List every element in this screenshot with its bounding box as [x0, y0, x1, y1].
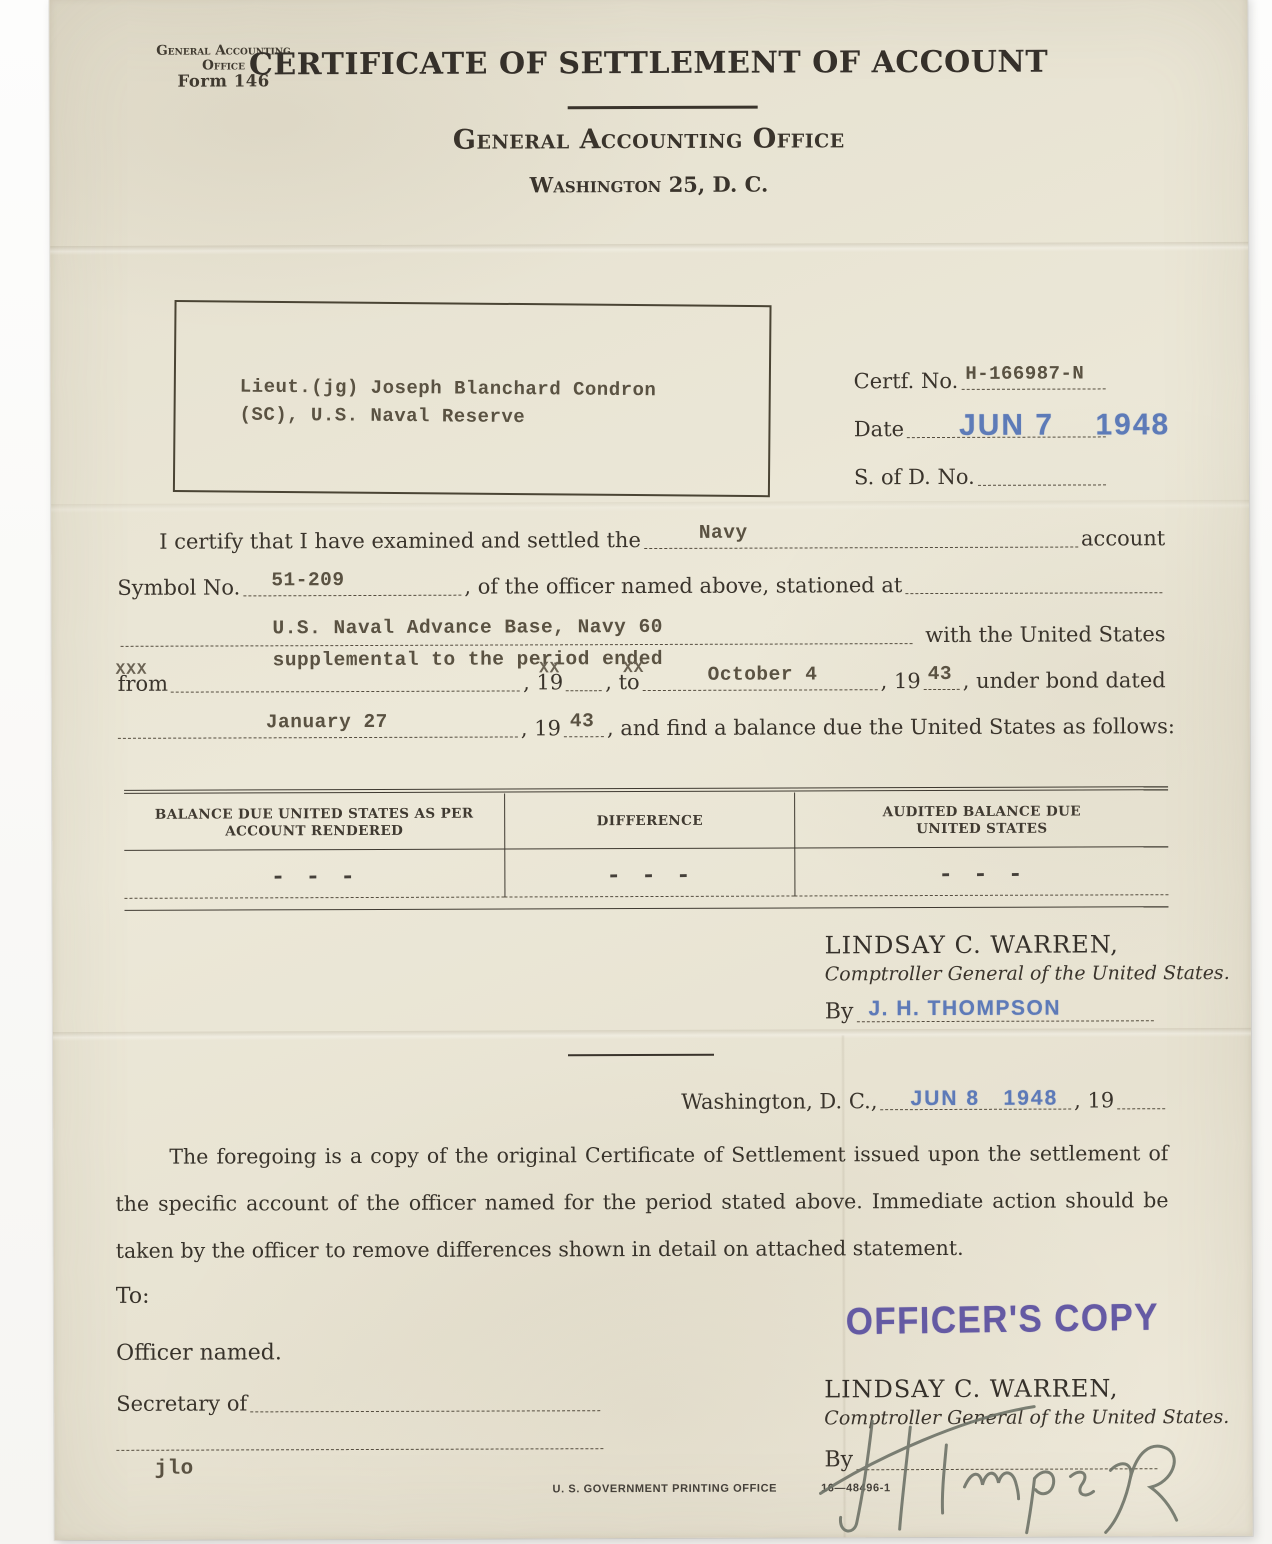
account-type-line: Navy [644, 545, 1078, 550]
with-us-clause: with the United States [925, 620, 1165, 649]
certify-line-2: Symbol No. 51-209 , of the officer named… [117, 570, 1165, 602]
year-a-line [566, 689, 602, 692]
from-strikeout: XXX [116, 660, 148, 682]
comptroller-title: Comptroller General of the United States… [825, 962, 1230, 985]
col-audited-balance: AUDITED BALANCE DUE UNITED STATES [794, 791, 1168, 847]
from-word: from XXX [118, 670, 168, 699]
dateline-stamp: JUN 8 1948 [910, 1088, 1058, 1110]
fold-crease [53, 1028, 1251, 1041]
certify-line-3: U.S. Naval Advance Base, Navy 60 supplem… [117, 608, 1165, 652]
station-value: U.S. Naval Advance Base, Navy 60 [272, 614, 663, 642]
dateline-city: Washington, D. C., [681, 1087, 877, 1116]
to-date-value: October 4 [708, 661, 818, 688]
dateline: Washington, D. C., JUN 8 1948 , 19 [681, 1086, 1168, 1116]
account-type-value: Navy [699, 520, 748, 546]
certify-line-4: from XXX , 19 XX , to XX October 4 , 19 … [118, 666, 1166, 698]
by-field-bottom: By [824, 1440, 1160, 1475]
comma-19-c: , 19 [521, 714, 561, 742]
to-label: To: [116, 1284, 150, 1309]
balance-table: BALANCE DUE UNITED STATES AS PER ACCOUNT… [124, 786, 1168, 911]
account-word: account [1081, 524, 1165, 553]
addressee-box: Lieut.(jg) Joseph Blanchard Condron (SC)… [173, 300, 772, 497]
value-audited-balance: - - - [795, 847, 1169, 896]
symbol-no-label: Symbol No. [117, 573, 240, 602]
date-label: Date [854, 415, 904, 444]
col-balance-rendered: BALANCE DUE UNITED STATES AS PER ACCOUNT… [124, 794, 504, 850]
dateline-line: JUN 8 1948 [881, 1107, 1072, 1111]
value-difference: - - - [504, 848, 794, 897]
comptroller-title-bottom: Comptroller General of the United States… [824, 1406, 1229, 1429]
secretary-line [250, 1409, 600, 1413]
bond-date-value: January 27 [266, 709, 388, 736]
balance-table-header: BALANCE DUE UNITED STATES AS PER ACCOUNT… [124, 791, 1168, 851]
certf-no-value: H-166987-N [965, 361, 1084, 387]
value-balance-rendered: - - - [124, 850, 504, 899]
date-line: JUN 7 1948 [907, 435, 1106, 439]
gpo-code: 16—48496-1 [821, 1482, 891, 1494]
certificate-number-field: Certf. No. H-166987-N [854, 366, 1109, 395]
fold-crease [51, 500, 1249, 513]
nineteen-strikeout: XX [539, 658, 560, 680]
agency-name: General Accounting Office [50, 122, 1248, 157]
by-line-bottom [856, 1466, 1157, 1470]
stationed-line [905, 591, 1162, 595]
comptroller-name: LINDSAY C. WARREN, [825, 930, 1119, 959]
by-label: By [825, 998, 854, 1028]
sofd-label: S. of D. No. [854, 463, 975, 492]
comma-19-b: , 19 [881, 667, 921, 695]
gpo-imprint: U. S. GOVERNMENT PRINTING OFFICE 16—4849… [552, 1482, 890, 1495]
symbol-no-line: 51-209 [243, 593, 461, 597]
blank-dotted-line [116, 1448, 603, 1451]
by-label-bottom: By [824, 1446, 853, 1476]
scanned-document: General Accounting Office Form 146 CERTI… [0, 0, 1272, 1544]
addressee-service: (SC), U.S. Naval Reserve [239, 401, 525, 431]
from-date-line [171, 689, 520, 693]
sofd-field: S. of D. No. [854, 462, 1109, 491]
document-paper: General Accounting Office Form 146 CERTI… [49, 0, 1252, 1540]
section-divider [568, 1054, 714, 1057]
certf-no-line: H-166987-N [961, 387, 1105, 391]
dateline-year-line [1117, 1107, 1165, 1110]
col-difference: DIFFERENCE [504, 792, 794, 848]
officers-copy-stamp: OFFICER'S COPY [845, 1297, 1159, 1345]
station-period-line: U.S. Naval Advance Base, Navy 60 supplem… [121, 641, 913, 647]
fold-crease [50, 242, 1248, 255]
year-b-value: 43 [928, 661, 952, 687]
secretary-field: Secretary of [116, 1388, 603, 1418]
closing-clause: , and find a balance due the United Stat… [607, 712, 1175, 742]
gpo-office: U. S. GOVERNMENT PRINTING OFFICE [552, 1483, 777, 1496]
agency-city: Washington 25, D. C. [50, 170, 1248, 199]
to-word: , to XX [605, 668, 640, 696]
balance-table-values: - - - - - - - - - [124, 847, 1168, 899]
body-paragraph: The foregoing is a copy of the original … [115, 1130, 1168, 1275]
date-stamp: JUN 7 1948 [959, 411, 1170, 442]
typist-initials: jlo [154, 1458, 193, 1481]
to-date-line: October 4 [643, 688, 878, 692]
title-rule [568, 106, 758, 110]
officer-named: Officer named. [116, 1340, 282, 1366]
document-title: CERTIFICATE OF SETTLEMENT OF ACCOUNT [49, 44, 1247, 83]
date-field: Date JUN 7 1948 [854, 414, 1109, 443]
symbol-no-value: 51-209 [271, 567, 344, 594]
to-strikeout: XX [623, 658, 644, 680]
bond-clause: , under bond dated [963, 666, 1166, 695]
year-c-line: 43 [564, 735, 604, 738]
certify-line-1: I certify that I have examined and settl… [117, 524, 1165, 556]
year-b-line: 43 [924, 687, 960, 690]
comptroller-name-bottom: LINDSAY C. WARREN, [824, 1374, 1118, 1403]
dateline-year-prefix: , 19 [1074, 1086, 1114, 1114]
comma-19-a: , 19 XX [523, 668, 563, 696]
certify-lead: I certify that I have examined and settl… [159, 526, 641, 556]
stationed-clause: , of the officer named above, stationed … [464, 571, 902, 601]
certf-no-label: Certf. No. [854, 367, 959, 396]
certify-line-5: January 27 , 19 43 , and find a balance … [118, 712, 1166, 744]
bond-date-line: January 27 [118, 735, 518, 739]
by-line: J. H. THOMPSON [856, 1018, 1153, 1022]
year-c-value: 43 [570, 708, 594, 734]
secretary-label: Secretary of [116, 1389, 247, 1418]
thompson-stamp: J. H. THOMPSON [868, 998, 1061, 1020]
by-field: By J. H. THOMPSON [825, 992, 1157, 1027]
addressee-name: Lieut.(jg) Joseph Blanchard Condron [240, 373, 657, 405]
sofd-line [978, 483, 1106, 486]
